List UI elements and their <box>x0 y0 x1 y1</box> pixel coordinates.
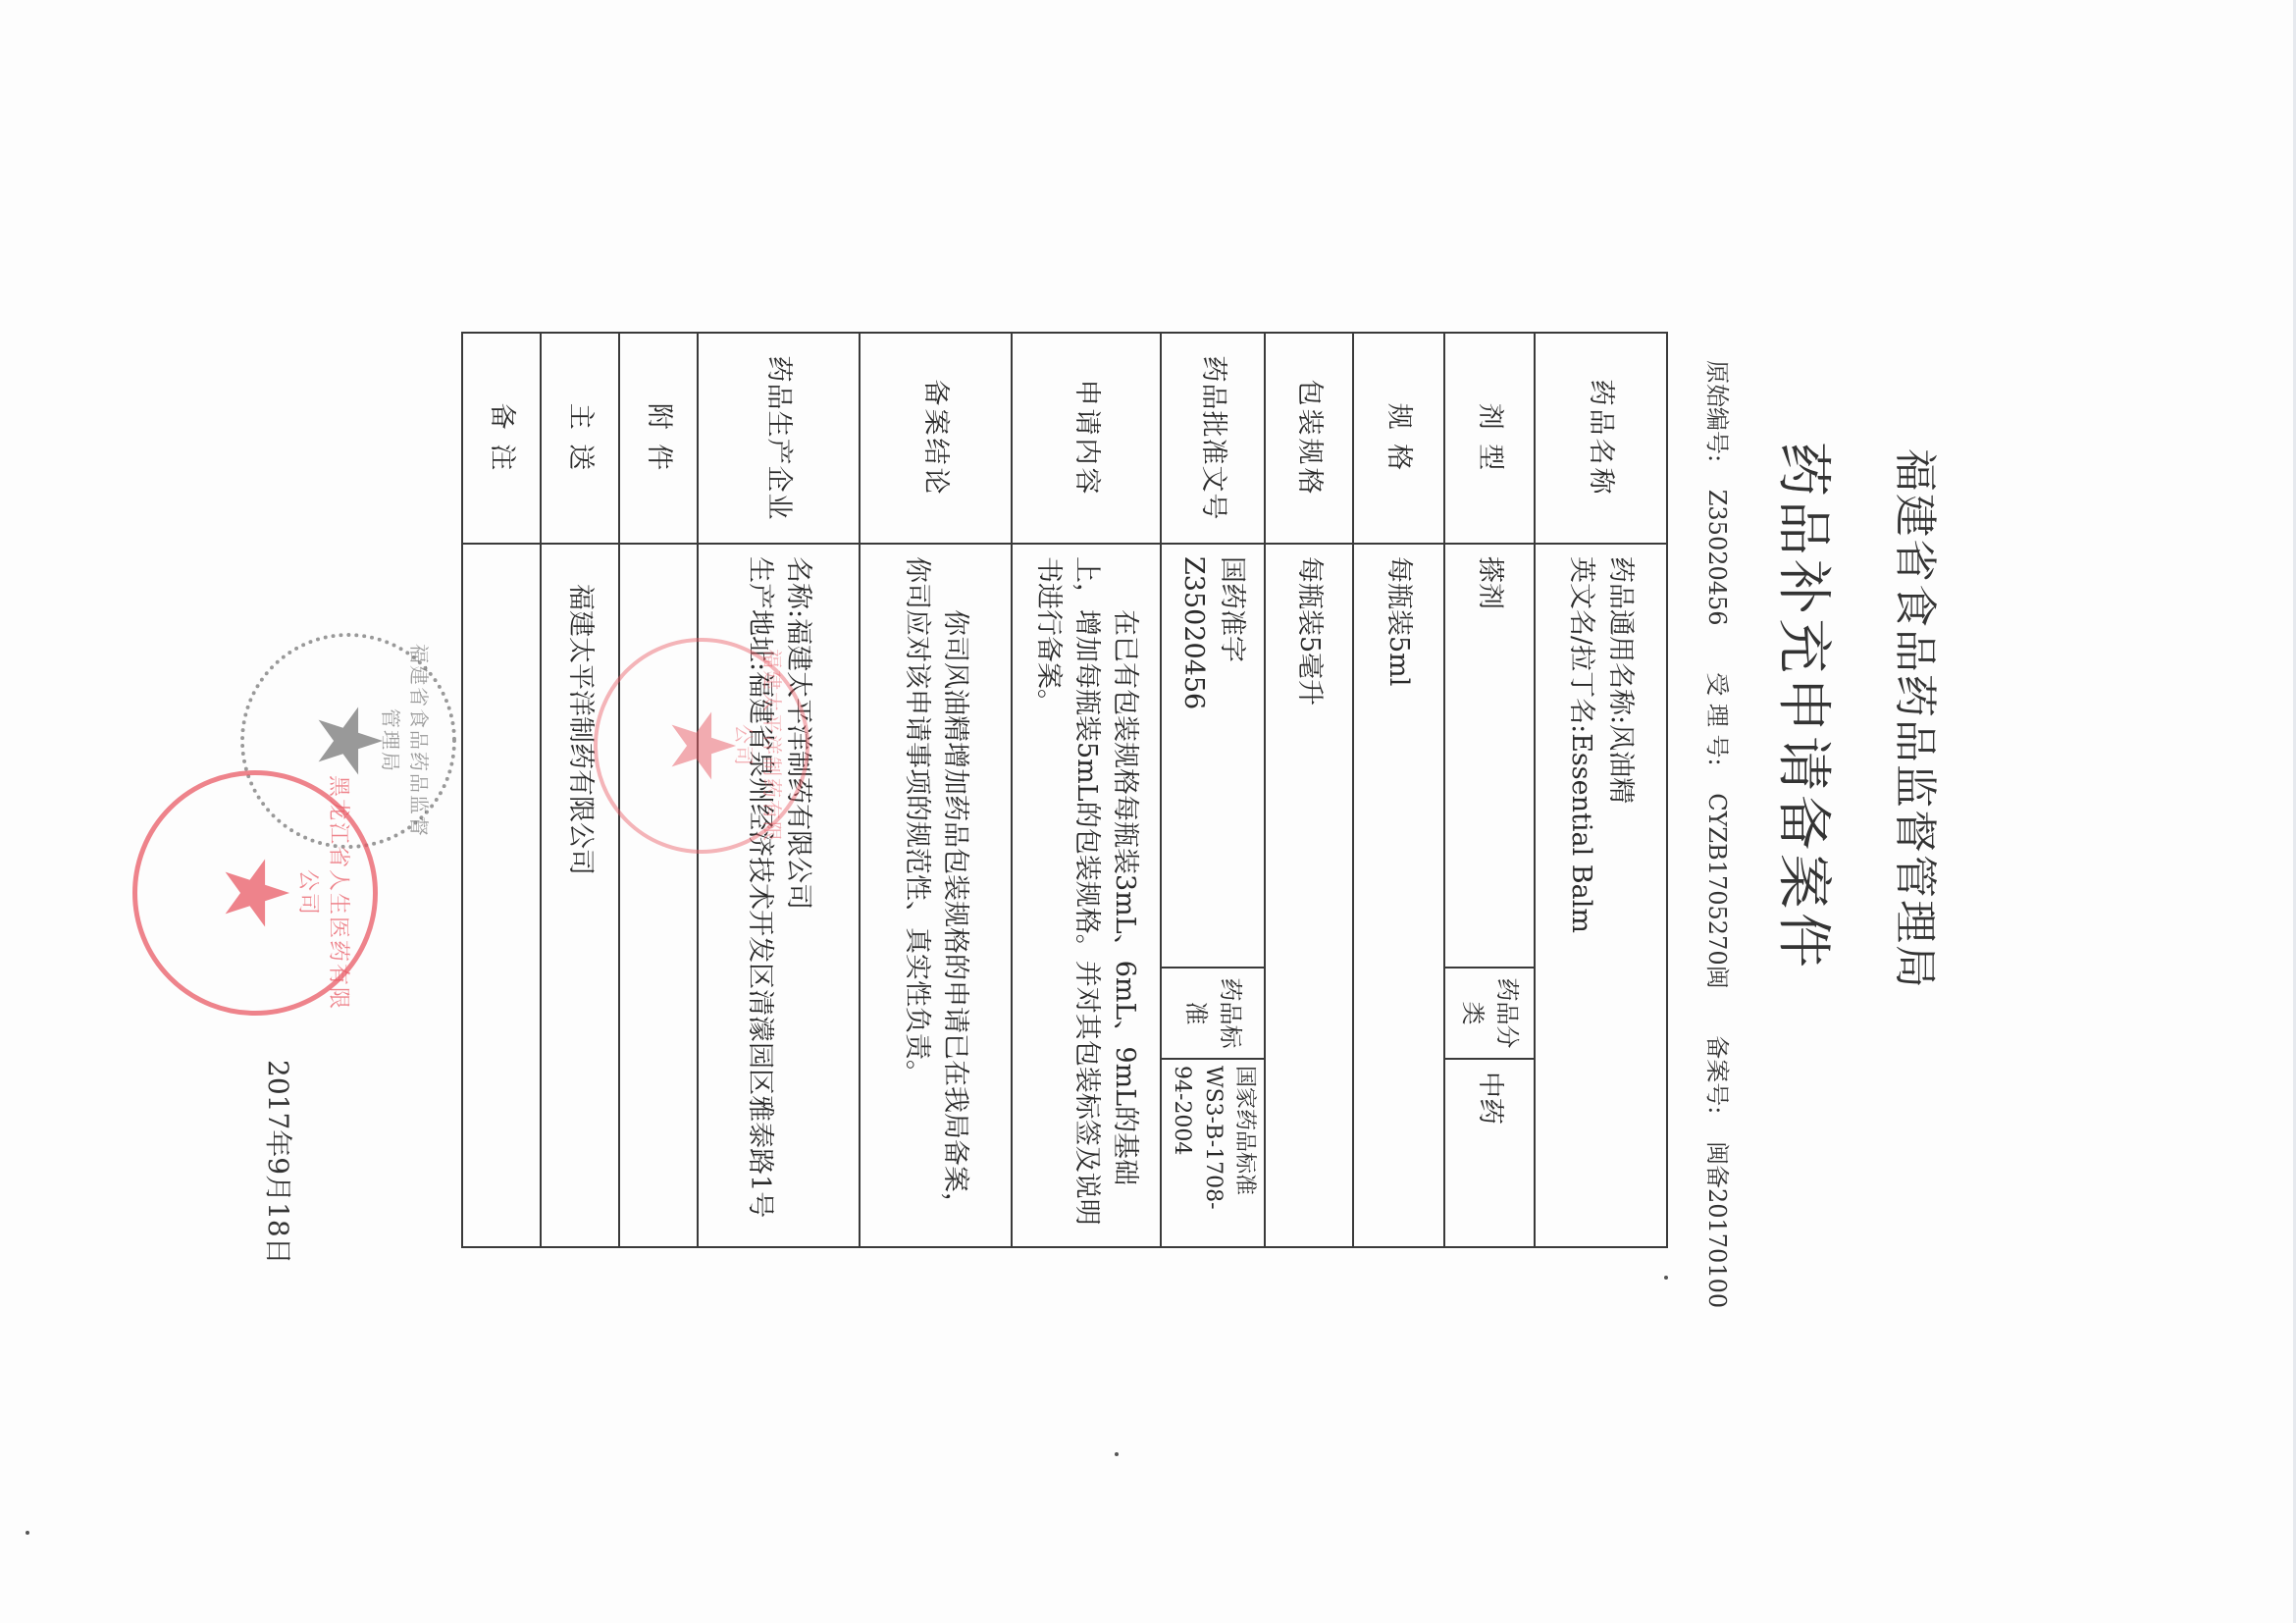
filing-no-value: 闽备20170100 <box>1703 1141 1731 1308</box>
value-application-content: 在已有包装规格每瓶装3mL、6mL、9mL的基础上，增加每瓶装5mL的包装规格。… <box>1012 544 1161 1247</box>
label-approval-no: 药品批准文号 <box>1161 333 1265 544</box>
reference-line: 原始编号: Z35020456 受 理 号: CYZB1705270闽 备案号:… <box>1702 360 1737 1347</box>
issue-date: 2017年9月18日 <box>260 1060 299 1265</box>
issuer-heading: 福建省食品药品监督管理局 <box>1888 448 1951 733</box>
value-dosage-form: 搽剂 <box>1444 544 1535 968</box>
label-application-content: 申请内容 <box>1012 333 1161 544</box>
label-recipient: 主 送 <box>541 333 619 544</box>
acceptance-no-value: CYZB1705270闽 <box>1703 793 1731 988</box>
approval-no-line1: 国药准字 <box>1213 556 1251 955</box>
label-package-spec: 包装规格 <box>1265 333 1353 544</box>
english-name-line: 英文名/拉丁名:Essential Balm <box>1562 556 1600 1234</box>
certification-seal-stamp: 黑龙江省人生医药有限公司 ★ <box>132 770 378 1016</box>
star-icon: ★ <box>211 854 299 933</box>
filing-no: 备案号: 闽备20170100 <box>1703 1035 1731 1328</box>
row-drug-name: 药品名称 药品通用名称:风油精 英文名/拉丁名:Essential Balm <box>1535 333 1667 1247</box>
label-filing-conclusion: 备案结论 <box>860 333 1012 544</box>
label-drug-name: 药品名称 <box>1535 333 1667 544</box>
scanned-document-page: 福建省食品药品监督管理局 药品补充申请备案件 原始编号: Z35020456 受… <box>0 0 2296 1623</box>
label-specification: 规 格 <box>1353 333 1444 544</box>
label-attachment: 附 件 <box>619 333 698 544</box>
label-manufacturer: 药品生产企业 <box>698 333 860 544</box>
acceptance-no: 受 理 号: CYZB1705270闽 <box>1703 672 1731 1008</box>
generic-name-label: 药品通用名称: <box>1605 556 1636 724</box>
row-package-spec: 包装规格 每瓶装5毫升 <box>1265 333 1353 1247</box>
value-filing-conclusion: 你司风油精增加药品包装规格的申请已在我局备案，你司应对该申请事项的规范性、真实性… <box>860 544 1012 1247</box>
value-remarks <box>462 544 541 1247</box>
acceptance-no-label: 受 理 号: <box>1703 672 1731 765</box>
english-name-label: 英文名/拉丁名: <box>1567 556 1597 733</box>
company-seal-stamp: 福建太平洋制药有限公司 ★ <box>594 638 809 854</box>
value-drug-name: 药品通用名称:风油精 英文名/拉丁名:Essential Balm <box>1535 544 1667 1247</box>
row-dosage-form: 剂 型 搽剂 药品分类 中药 <box>1444 333 1535 1247</box>
original-no: 原始编号: Z35020456 <box>1703 360 1731 646</box>
label-drug-category: 药品分类 <box>1444 968 1535 1059</box>
value-specification: 每瓶装5ml <box>1353 544 1444 1247</box>
row-application-content: 申请内容 在已有包装规格每瓶装3mL、6mL、9mL的基础上，增加每瓶装5mL的… <box>1012 333 1161 1247</box>
original-no-value: Z35020456 <box>1703 490 1731 626</box>
company-seal-text: 福建太平洋制药有限公司 <box>731 642 788 850</box>
approval-no-line2: Z35020456 <box>1174 556 1213 955</box>
original-no-label: 原始编号: <box>1703 360 1731 462</box>
filing-no-label: 备案号: <box>1703 1035 1731 1114</box>
label-drug-standard: 药品标准 <box>1161 968 1265 1059</box>
value-drug-category: 中药 <box>1444 1059 1535 1247</box>
drug-standard-line1: 国家药品标准 <box>1228 1066 1260 1240</box>
english-name-value: Essential Balm <box>1567 733 1597 933</box>
scan-speck <box>1664 1276 1668 1280</box>
value-package-spec: 每瓶装5毫升 <box>1265 544 1353 1247</box>
drug-standard-line2: WS3-B-1708-94-2004 <box>1166 1066 1228 1240</box>
row-filing-conclusion: 备案结论 你司风油精增加药品包装规格的申请已在我局备案，你司应对该申请事项的规范… <box>860 333 1012 1247</box>
label-remarks: 备 注 <box>462 333 541 544</box>
generic-name-value: 风油精 <box>1605 724 1636 804</box>
document-title: 药品补充申请备案件 <box>1768 442 1847 765</box>
value-recipient: 福建太平洋制药有限公司 <box>541 544 619 1247</box>
row-approval-no: 药品批准文号 国药准字 Z35020456 药品标准 国家药品标准 WS3-B-… <box>1161 333 1265 1247</box>
value-drug-standard: 国家药品标准 WS3-B-1708-94-2004 <box>1161 1059 1265 1247</box>
scan-speck <box>1115 1452 1119 1456</box>
generic-name-line: 药品通用名称:风油精 <box>1601 556 1640 1234</box>
value-approval-no: 国药准字 Z35020456 <box>1161 544 1265 968</box>
agency-seal-text: 福建省食品药品监督管理局 <box>378 637 435 845</box>
label-dosage-form: 剂 型 <box>1444 333 1535 544</box>
row-specification: 规 格 每瓶装5ml <box>1353 333 1444 1247</box>
scan-speck <box>26 1531 29 1535</box>
row-remarks: 备 注 <box>462 333 541 1247</box>
certification-seal-text: 黑龙江省人生医药有限公司 <box>294 775 355 1011</box>
manufacturer-name-label: 名称: <box>783 556 813 618</box>
